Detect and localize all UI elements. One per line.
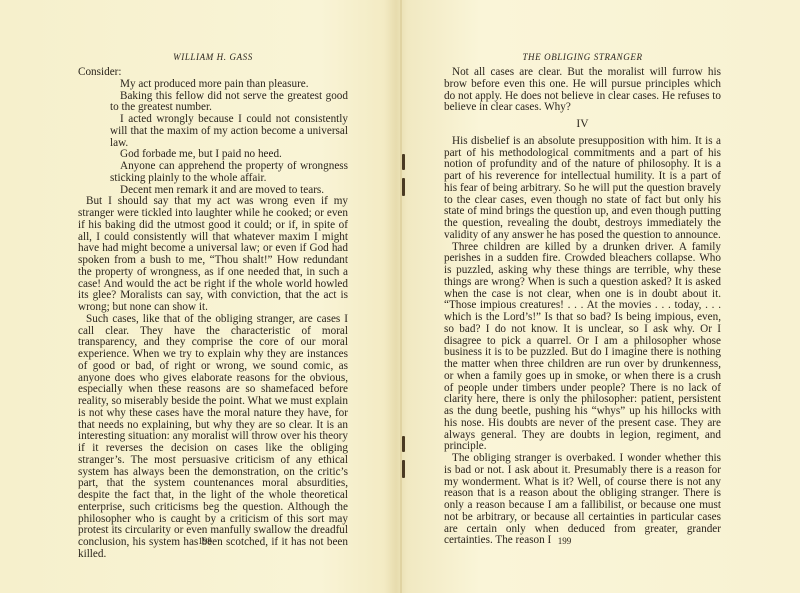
paragraph: Three children are killed by a drunken d… xyxy=(444,242,721,454)
paragraph: His disbelief is an absolute presupposit… xyxy=(444,136,721,242)
intro-line: Consider: xyxy=(78,67,348,79)
paragraph: The obliging stranger is overbaked. I wo… xyxy=(444,453,721,547)
staple-top-upper xyxy=(402,154,405,170)
quote-line: Baking this fellow did not serve the gre… xyxy=(78,91,348,115)
quote-line: I acted wrongly because I could not cons… xyxy=(78,114,348,149)
paragraph: Not all cases are clear. But the moralis… xyxy=(444,67,721,114)
staple-top-lower xyxy=(402,178,405,196)
left-page: WILLIAM H. GASS Consider: My act produce… xyxy=(78,0,348,593)
quote-line: My act produced more pain than pleasure. xyxy=(78,79,348,91)
section-heading: IV xyxy=(444,119,721,131)
page-number-right: 199 xyxy=(426,536,703,546)
right-page: THE OBLIGING STRANGER Not all cases are … xyxy=(444,0,721,593)
paragraph: Such cases, like that of the obliging st… xyxy=(78,314,348,561)
page-number-left: 198 xyxy=(70,536,340,546)
staple-bottom-upper xyxy=(402,436,405,452)
paragraph: But I should say that my act was wrong e… xyxy=(78,196,348,314)
book-gutter xyxy=(400,0,402,593)
quote-line: Anyone can apprehend the property of wro… xyxy=(78,161,348,185)
book-spread: WILLIAM H. GASS Consider: My act produce… xyxy=(0,0,800,593)
right-page-body: Not all cases are clear. But the moralis… xyxy=(444,67,721,547)
running-head-title: THE OBLIGING STRANGER xyxy=(444,52,721,62)
staple-bottom-lower xyxy=(402,460,405,478)
running-head-author: WILLIAM H. GASS xyxy=(78,52,348,62)
left-page-body: Consider: My act produced more pain than… xyxy=(78,67,348,561)
